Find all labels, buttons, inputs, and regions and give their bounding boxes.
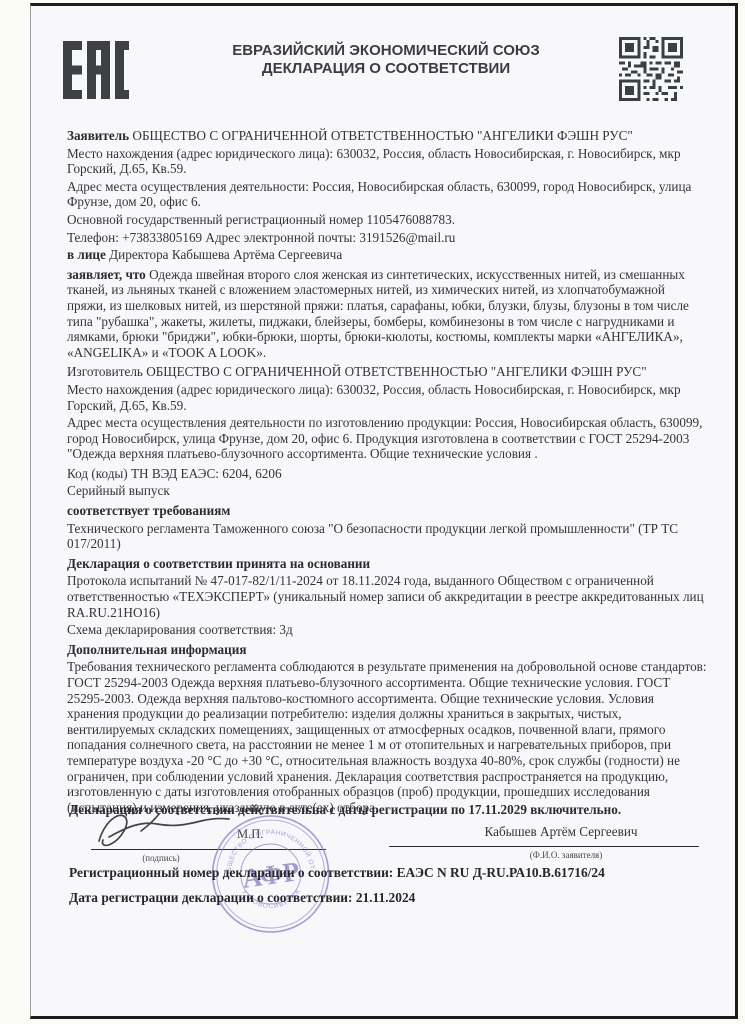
document-page: ЕВРАЗИЙСКИЙ ЭКОНОМИЧЕСКИЙ СОЮЗ ДЕКЛАРАЦИ… (30, 3, 738, 1019)
applicant-fio: Кабышев Артём Сергеевич (461, 824, 661, 840)
registration-date-line: Дата регистрации декларации о соответств… (69, 890, 729, 906)
compliance-text: Технического регламента Таможенного союз… (67, 521, 707, 552)
tnved-codes-line: Код (коды) ТН ВЭД ЕАЭС: 6204, 6206 (67, 466, 707, 482)
declares-label: заявляет, что (67, 267, 146, 282)
applicant-label: Заявитель (67, 128, 129, 143)
manufacturer-address-line: Место нахождения (адрес юридического лиц… (67, 382, 707, 413)
fio-line (389, 846, 699, 847)
basis-label: Декларация о соответствии принята на осн… (67, 556, 707, 572)
applicant-represented-line: в лице Директора Кабышева Артёма Сергеев… (67, 247, 707, 263)
additional-text: Требования технического регламента соблю… (67, 659, 707, 815)
manufacturer-name-line: Изготовитель ОБЩЕСТВО С ОГРАНИЧЕННОЙ ОТВ… (67, 364, 707, 380)
represented-label: в лице (67, 247, 106, 262)
qr-code (619, 37, 683, 106)
title-line-union: ЕВРАЗИЙСКИЙ ЭКОНОМИЧЕСКИЙ СОЮЗ (151, 42, 621, 60)
applicant-contacts-line: Телефон: +73833805169 Адрес электронной … (67, 230, 707, 246)
declares-paragraph: заявляет, что Одежда швейная второго сло… (67, 267, 707, 361)
basis-text: Протокола испытаний № 47-017-82/1/11-202… (67, 573, 707, 620)
registration-number-line: Регистрационный номер декларации о соотв… (69, 865, 729, 881)
compliance-label: соответствует требованиям (67, 503, 707, 519)
applicant-address-line: Место нахождения (адрес юридического лиц… (67, 146, 707, 177)
fio-caption: (Ф.И.О. заявителя) (486, 850, 646, 860)
applicant-ogrn-line: Основной государственный регистрационный… (67, 212, 707, 228)
additional-label: Дополнительная информация (67, 642, 707, 658)
document-body: Заявитель ОБЩЕСТВО С ОГРАНИЧЕННОЙ ОТВЕТС… (67, 128, 707, 817)
eac-logo-icon (63, 41, 129, 104)
applicant-name-line: Заявитель ОБЩЕСТВО С ОГРАНИЧЕННОЙ ОТВЕТС… (67, 128, 707, 144)
serial-release-line: Серийный выпуск (67, 483, 707, 499)
scanned-declaration-document: { "colors": { "paper": "#f8f8fb", "ink":… (0, 0, 745, 1024)
title-line-declaration: ДЕКЛАРАЦИЯ О СООТВЕТСТВИИ (151, 60, 621, 78)
applicant-activity-line: Адрес места осуществления деятельности: … (67, 179, 707, 210)
document-title: ЕВРАЗИЙСКИЙ ЭКОНОМИЧЕСКИЙ СОЮЗ ДЕКЛАРАЦИ… (151, 42, 621, 78)
manufacturer-activity-line: Адрес места осуществления деятельности п… (67, 415, 707, 462)
scheme-line: Схема декларирования соответствия: 3д (67, 622, 707, 638)
